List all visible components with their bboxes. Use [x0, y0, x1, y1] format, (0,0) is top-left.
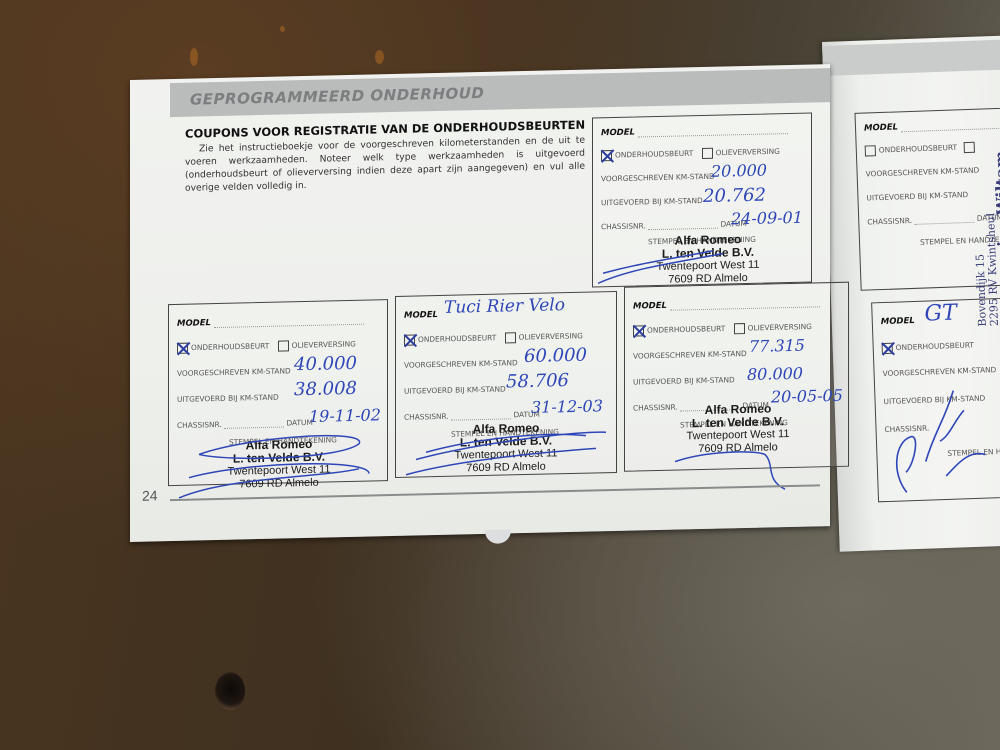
stamp-line: Autoservice Wiltam	[995, 150, 1000, 325]
coupon-1: MODEL ONDERHOUDSBEURT OLIEVERVERSING VOO…	[592, 113, 812, 288]
coupon-3: MODEL Tuci Rier Velo ONDERHOUDSBEURT OLI…	[395, 291, 617, 478]
checkbox-onderhoudsbeurt[interactable]	[633, 325, 644, 336]
datum-value: 31-12-03	[531, 396, 603, 417]
checkbox-onderhoudsbeurt[interactable]	[882, 343, 893, 354]
voorgeschreven-label: VOORGESCHREVEN KM-STAND	[633, 347, 842, 361]
left-page: GEPROGRAMMEERD ONDERHOUD COUPONS VOOR RE…	[130, 64, 830, 542]
rust-spot	[190, 48, 198, 66]
datum-value: 19-11-02	[309, 405, 381, 426]
section-header-band: GEPROGRAMMEERD ONDERHOUD	[170, 68, 830, 117]
onderhoudsbeurt-label: ONDERHOUDSBEURT	[418, 333, 496, 344]
model-label: MODEL	[633, 301, 667, 312]
uitgevoerd-label: UITGEVOERD BIJ KM-STAND	[633, 373, 842, 387]
onderhoudsbeurt-label: ONDERHOUDSBEURT	[647, 324, 725, 335]
onderhoudsbeurt-label: ONDERHOUDSBEURT	[896, 340, 975, 352]
signature	[396, 420, 618, 485]
uitgevoerd-value: 80.000	[747, 364, 803, 384]
onderhoudsbeurt-label: ONDERHOUDSBEURT	[615, 149, 693, 160]
olieverversing-label: OLIEVERVERSING	[716, 147, 780, 157]
checkbox-onderhoudsbeurt[interactable]	[865, 145, 876, 156]
tab-notch	[485, 529, 511, 544]
voorgeschreven-value: 77.315	[749, 336, 805, 356]
olieverversing-label: OLIEVERVERSING	[292, 339, 356, 349]
onderhoudsbeurt-label: ONDERHOUDSBEURT	[191, 341, 269, 352]
signature	[593, 245, 733, 288]
uitgevoerd-value: 38.008	[294, 378, 357, 400]
voorgeschreven-value: 20.000	[711, 161, 767, 181]
coupon-2: MODEL ONDERHOUDSBEURT OLIEVERVERSING VOO…	[168, 299, 388, 486]
model-label: MODEL	[864, 122, 898, 133]
model-label: MODEL	[177, 318, 211, 329]
checkbox-olieverversing[interactable]	[702, 148, 713, 159]
checkbox-onderhoudsbeurt[interactable]	[404, 335, 415, 346]
signature	[169, 428, 389, 503]
model-label: MODEL	[404, 310, 438, 321]
checkbox-olieverversing[interactable]	[505, 332, 516, 343]
section-header-title: GEPROGRAMMEERD ONDERHOUD	[190, 84, 484, 109]
bolt-hole	[215, 672, 245, 710]
uitgevoerd-value: 58.706	[506, 370, 569, 392]
model-value: Tuci Rier Velo	[444, 295, 565, 318]
voorgeschreven-label: VOORGESCHREVEN KM-STAND	[601, 170, 805, 184]
olieverversing-label: OLIEVERVERSING	[748, 322, 812, 332]
right-header-band	[822, 39, 1000, 76]
coupon-4: MODEL ONDERHOUDSBEURT OLIEVERVERSING VOO…	[624, 282, 849, 472]
rust-spot	[280, 26, 285, 32]
checkbox-olieverversing[interactable]	[278, 340, 289, 351]
checkbox-onderhoudsbeurt[interactable]	[177, 343, 188, 354]
chassisnr-label: CHASSISNR.	[177, 420, 222, 430]
voorgeschreven-value: 40.000	[294, 353, 357, 375]
datum-value: 24-09-01	[731, 208, 803, 229]
rust-spot	[375, 50, 384, 64]
checkbox-olieverversing[interactable]	[734, 323, 745, 334]
model-value: GT	[924, 300, 957, 326]
model-label: MODEL	[601, 128, 635, 139]
chassisnr-label: CHASSISNR.	[867, 216, 912, 227]
intro-paragraph: Zie het instructieboekje voor de voorges…	[185, 134, 585, 195]
onderhoudsbeurt-label: ONDERHOUDSBEURT	[879, 143, 958, 155]
checkbox-onderhoudsbeurt[interactable]	[601, 150, 612, 161]
signature	[882, 359, 1000, 503]
voorgeschreven-value: 60.000	[524, 345, 587, 367]
chassisnr-label: CHASSISNR.	[601, 221, 646, 231]
model-label: MODEL	[881, 316, 915, 327]
olieverversing-label: OLIEVERVERSING	[519, 331, 583, 341]
page-number: 24	[142, 487, 158, 503]
uitgevoerd-value: 20.762	[703, 185, 766, 207]
right-dealer-stamp: Bovendijk 15 2295 RV Kwintsheul Autoserv…	[971, 150, 1000, 326]
chassisnr-label: CHASSISNR.	[404, 412, 449, 422]
